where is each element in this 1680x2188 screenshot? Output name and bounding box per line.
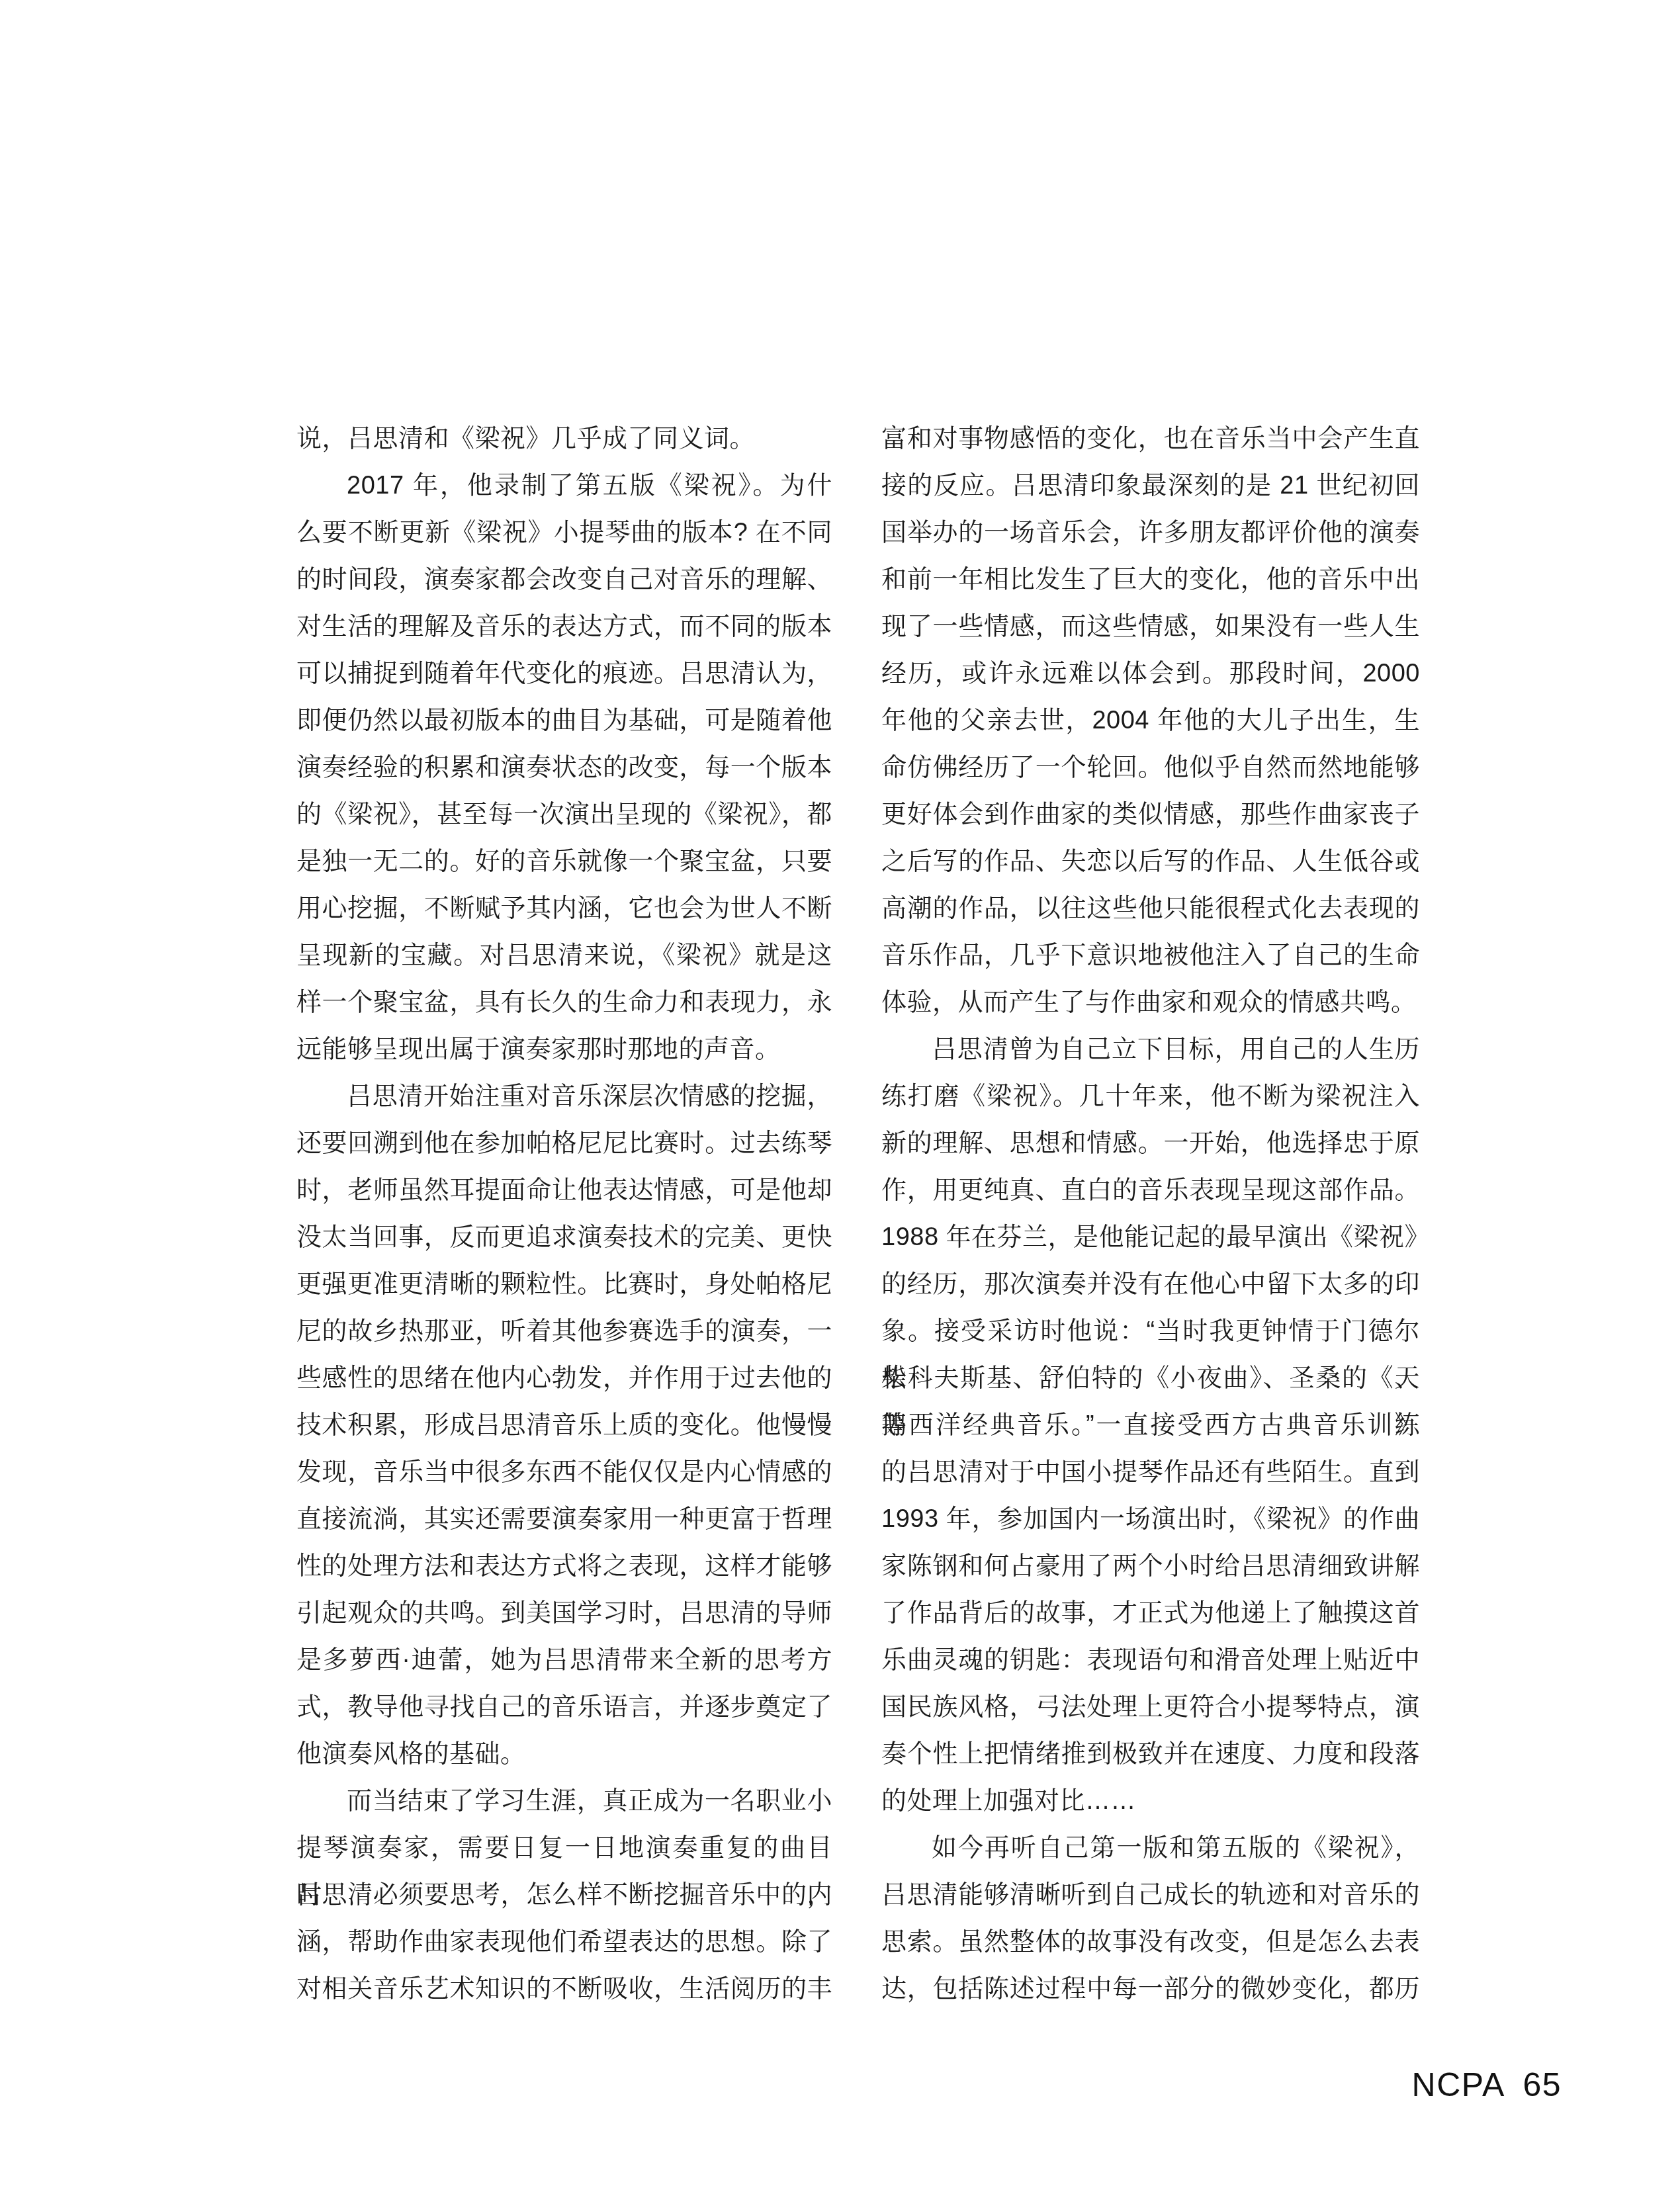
text-line: 的处理上加强对比…… xyxy=(881,1778,1420,1825)
text-line: 吕思清开始注重对音乐深层次情感的挖掘， xyxy=(296,1073,832,1120)
text-line: 音乐作品，几乎下意识地被他注入了自己的生命 xyxy=(881,932,1420,979)
text-line: 用心挖掘，不断赋予其内涵，它也会为世人不断 xyxy=(296,885,832,932)
text-line: 1993 年，参加国内一场演出时，《梁祝》的作曲 xyxy=(881,1496,1420,1543)
text-line: 的《梁祝》，甚至每一次演出呈现的《梁祝》，都 xyxy=(296,791,832,838)
text-line: 国民族风格，弓法处理上更符合小提琴特点，演 xyxy=(881,1684,1420,1731)
text-line: 吕思清曾为自己立下目标，用自己的人生历 xyxy=(881,1026,1420,1073)
text-line: 引起观众的共鸣。到美国学习时，吕思清的导师 xyxy=(296,1590,832,1637)
text-line: 说，吕思清和《梁祝》几乎成了同义词。 xyxy=(296,416,832,462)
text-line: 而当结束了学习生涯，真正成为一名职业小 xyxy=(296,1778,832,1825)
text-line: 些感性的思绪在他内心勃发，并作用于过去他的 xyxy=(296,1355,832,1402)
text-line: 对生活的理解及音乐的表达方式，而不同的版本 xyxy=(296,603,832,650)
text-line: 的吕思清对于中国小提琴作品还有些陌生。直到 xyxy=(881,1449,1420,1496)
text-line: 提琴演奏家，需要日复一日地演奏重复的曲目时， xyxy=(296,1825,832,1872)
text-line: 是独一无二的。好的音乐就像一个聚宝盆，只要 xyxy=(296,838,832,885)
text-line: 时，老师虽然耳提面命让他表达情感，可是他却 xyxy=(296,1167,832,1214)
text-line: 直接流淌，其实还需要演奏家用一种更富于哲理 xyxy=(296,1496,832,1543)
text-line: 家陈钢和何占豪用了两个小时给吕思清细致讲解 xyxy=(881,1543,1420,1590)
text-line: 思索。虽然整体的故事没有改变，但是怎么去表 xyxy=(881,1919,1420,1966)
text-line: 了作品背后的故事，才正式为他递上了触摸这首 xyxy=(881,1590,1420,1637)
text-line: 命仿佛经历了一个轮回。他似乎自然而然地能够 xyxy=(881,744,1420,791)
text-line: 涵，帮助作曲家表现他们希望表达的思想。除了 xyxy=(296,1919,832,1966)
text-line: 呈现新的宝藏。对吕思清来说，《梁祝》就是这 xyxy=(296,932,832,979)
text-line: 和前一年相比发生了巨大的变化，他的音乐中出 xyxy=(881,556,1420,603)
text-line: 样一个聚宝盆，具有长久的生命力和表现力，永 xyxy=(296,979,832,1026)
text-line: 技术积累，形成吕思清音乐上质的变化。他慢慢 xyxy=(296,1402,832,1449)
text-line: 演奏经验的积累和演奏状态的改变，每一个版本 xyxy=(296,744,832,791)
text-line: 尼的故乡热那亚，听着其他参赛选手的演奏，一 xyxy=(296,1308,832,1355)
text-line: 奏个性上把情绪推到极致并在速度、力度和段落 xyxy=(881,1731,1420,1778)
text-line: 达，包括陈述过程中每一部分的微妙变化，都历 xyxy=(881,1966,1420,2013)
text-line: 新的理解、思想和情感。一开始，他选择忠于原 xyxy=(881,1120,1420,1167)
text-line: 的时间段，演奏家都会改变自己对音乐的理解、 xyxy=(296,556,832,603)
text-line: 对相关音乐艺术知识的不断吸收，生活阅历的丰 xyxy=(296,1966,832,2013)
text-line: 富和对事物感悟的变化，也在音乐当中会产生直 xyxy=(881,416,1420,462)
text-line: 高潮的作品，以往这些他只能很程式化去表现的 xyxy=(881,885,1420,932)
text-line: 么要不断更新《梁祝》小提琴曲的版本? 在不同 xyxy=(296,509,832,556)
text-line: 2017 年，他录制了第五版《梁祝》。为什 xyxy=(296,462,832,509)
column-left: 说，吕思清和《梁祝》几乎成了同义词。2017 年，他录制了第五版《梁祝》。为什么… xyxy=(296,416,832,2013)
text-line: 经历，或许永远难以体会到。那段时间，2000 xyxy=(881,650,1420,697)
text-line: 他演奏风格的基础。 xyxy=(296,1731,832,1778)
text-line: 还要回溯到他在参加帕格尼尼比赛时。过去练琴 xyxy=(296,1120,832,1167)
text-line: 更好体会到作曲家的类似情感，那些作曲家丧子 xyxy=(881,791,1420,838)
text-line: 更强更准更清晰的颗粒性。比赛时，身处帕格尼 xyxy=(296,1261,832,1308)
text-line: 的经历，那次演奏并没有在他心中留下太多的印 xyxy=(881,1261,1420,1308)
text-line: 练打磨《梁祝》。几十年来，他不断为梁祝注入 xyxy=(881,1073,1420,1120)
text-line: 现了一些情感，而这些情感，如果没有一些人生 xyxy=(881,603,1420,650)
text-line: 年他的父亲去世，2004 年他的大儿子出生，生 xyxy=(881,697,1420,744)
text-line: 国举办的一场音乐会，许多朋友都评价他的演奏 xyxy=(881,509,1420,556)
text-line: 象。接受采访时他说：“当时我更钟情于门德尔松、 xyxy=(881,1308,1420,1355)
text-line: 式，教导他寻找自己的音乐语言，并逐步奠定了 xyxy=(296,1684,832,1731)
text-line: 可以捕捉到随着年代变化的痕迹。吕思清认为， xyxy=(296,650,832,697)
text-line: 1988 年在芬兰，是他能记起的最早演出《梁祝》 xyxy=(881,1214,1420,1261)
text-line: 远能够呈现出属于演奏家那时那地的声音。 xyxy=(296,1026,832,1073)
text-line: 等西洋经典音乐。”一直接受西方古典音乐训练 xyxy=(881,1402,1420,1449)
page-footer: NCPA 65 xyxy=(1412,2066,1562,2104)
text-line: 之后写的作品、失恋以后写的作品、人生低谷或 xyxy=(881,838,1420,885)
magazine-page: 说，吕思清和《梁祝》几乎成了同义词。2017 年，他录制了第五版《梁祝》。为什么… xyxy=(0,0,1680,2188)
text-line: 如今再听自己第一版和第五版的《梁祝》， xyxy=(881,1825,1420,1872)
text-line: 柴科夫斯基、舒伯特的《小夜曲》、圣桑的《天鹅》 xyxy=(881,1355,1420,1402)
column-right: 富和对事物感悟的变化，也在音乐当中会产生直接的反应。吕思清印象最深刻的是 21 … xyxy=(881,416,1420,2013)
text-line: 没太当回事，反而更追求演奏技术的完美、更快 xyxy=(296,1214,832,1261)
text-line: 性的处理方法和表达方式将之表现，这样才能够 xyxy=(296,1543,832,1590)
text-line: 吕思清必须要思考，怎么样不断挖掘音乐中的内 xyxy=(296,1872,832,1919)
text-line: 吕思清能够清晰听到自己成长的轨迹和对音乐的 xyxy=(881,1872,1420,1919)
text-line: 接的反应。吕思清印象最深刻的是 21 世纪初回 xyxy=(881,462,1420,509)
text-line: 发现，音乐当中很多东西不能仅仅是内心情感的 xyxy=(296,1449,832,1496)
text-line: 作，用更纯真、直白的音乐表现呈现这部作品。 xyxy=(881,1167,1420,1214)
text-line: 即便仍然以最初版本的曲目为基础，可是随着他 xyxy=(296,697,832,744)
text-line: 体验，从而产生了与作曲家和观众的情感共鸣。 xyxy=(881,979,1420,1026)
text-line: 是多萝西·迪蕾，她为吕思清带来全新的思考方 xyxy=(296,1637,832,1684)
text-line: 乐曲灵魂的钥匙：表现语句和滑音处理上贴近中 xyxy=(881,1637,1420,1684)
